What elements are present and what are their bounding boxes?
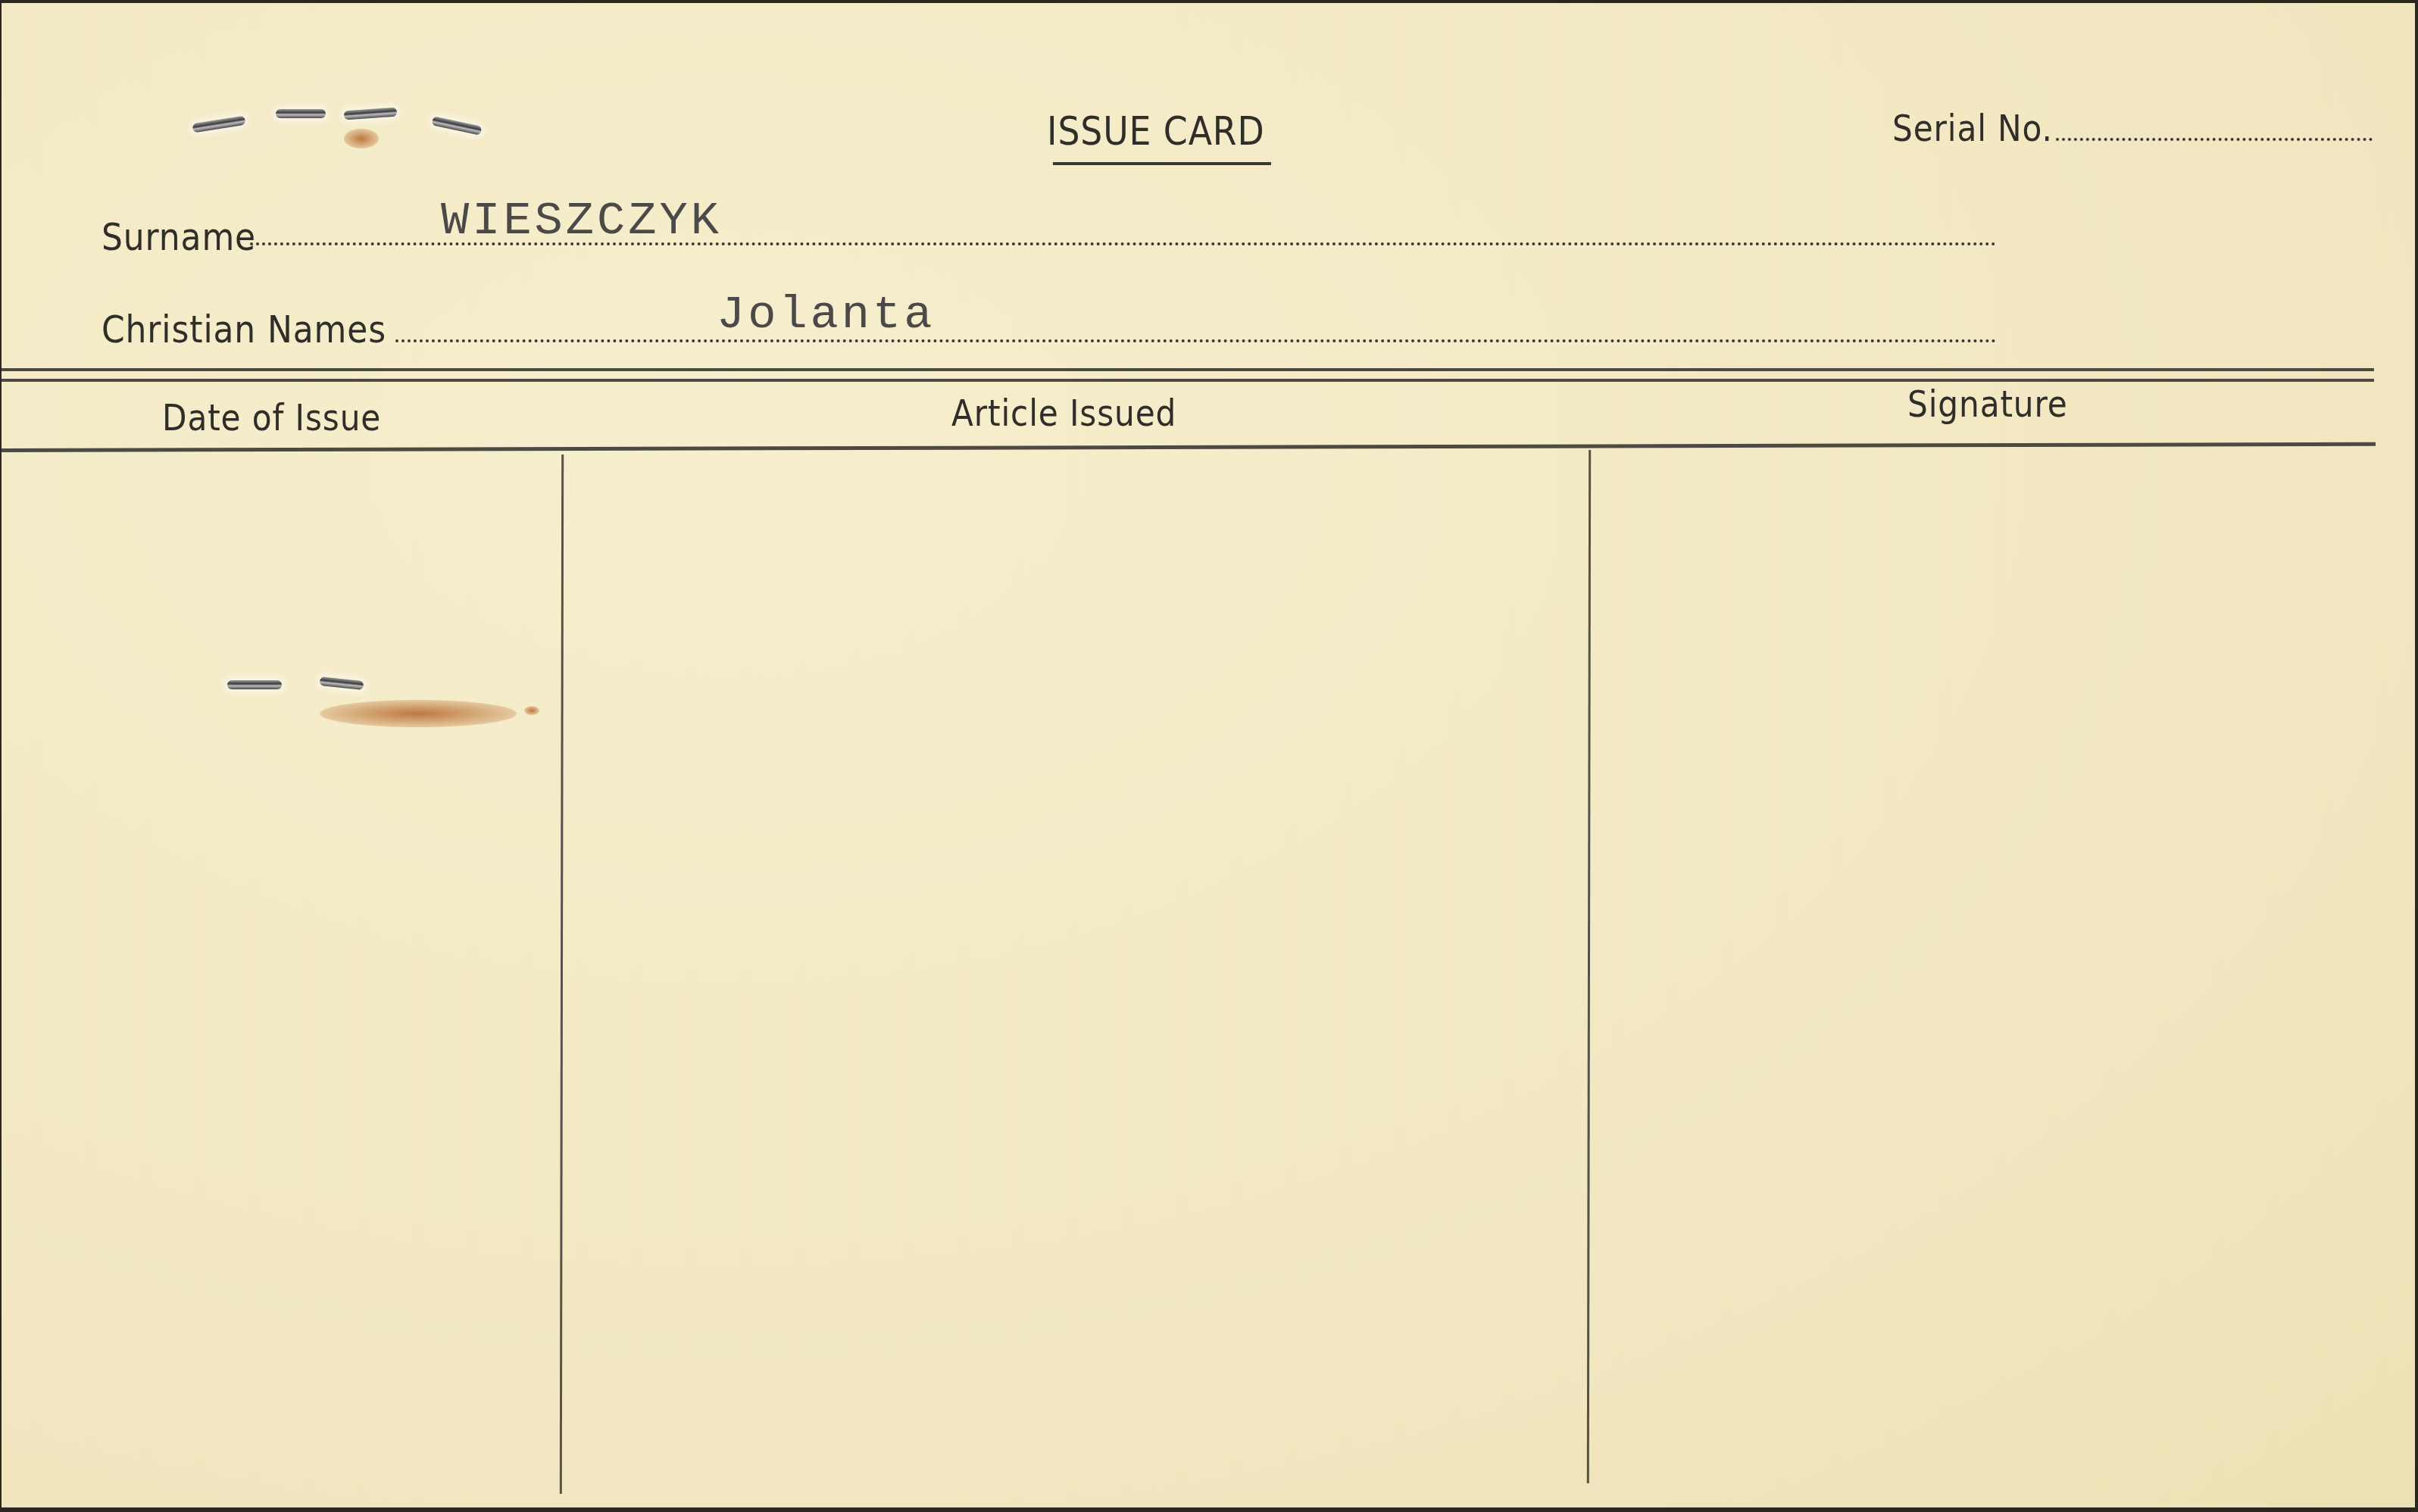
card-title: ISSUE CARD	[1047, 109, 1265, 155]
column-header-article-issued: Article Issued	[951, 392, 1176, 435]
title-underline	[1053, 162, 1271, 165]
date-of-issue-column[interactable]	[2, 455, 562, 1485]
staple-mark	[227, 680, 282, 689]
header-top-rule-2	[2, 379, 2374, 382]
issue-card: ISSUE CARD Serial No. Surname WIESZCZYK …	[2, 3, 2415, 1507]
christian-names-field-line[interactable]	[395, 339, 1997, 342]
rust-stain	[344, 129, 379, 148]
signature-column[interactable]	[1594, 455, 2412, 1485]
article-issued-column[interactable]	[565, 455, 1591, 1485]
column-header-signature: Signature	[1907, 383, 2068, 426]
header-bottom-rule	[2, 442, 2376, 452]
serial-field-line[interactable]	[2056, 138, 2373, 141]
staple-mark	[276, 109, 326, 118]
serial-label: Serial No.	[1892, 108, 2053, 150]
christian-names-label: Christian Names	[102, 308, 386, 351]
staple-mark	[344, 108, 398, 120]
christian-names-value: Jolanta	[717, 288, 935, 342]
surname-label: Surname	[102, 215, 256, 259]
column-header-date-of-issue: Date of Issue	[162, 397, 381, 439]
surname-value: WIESZCZYK	[441, 194, 722, 248]
rust-stain	[524, 706, 539, 715]
rust-stain	[320, 700, 517, 727]
staple-mark	[192, 116, 245, 133]
header-top-rule-1	[2, 368, 2374, 371]
staple-mark	[431, 116, 482, 135]
